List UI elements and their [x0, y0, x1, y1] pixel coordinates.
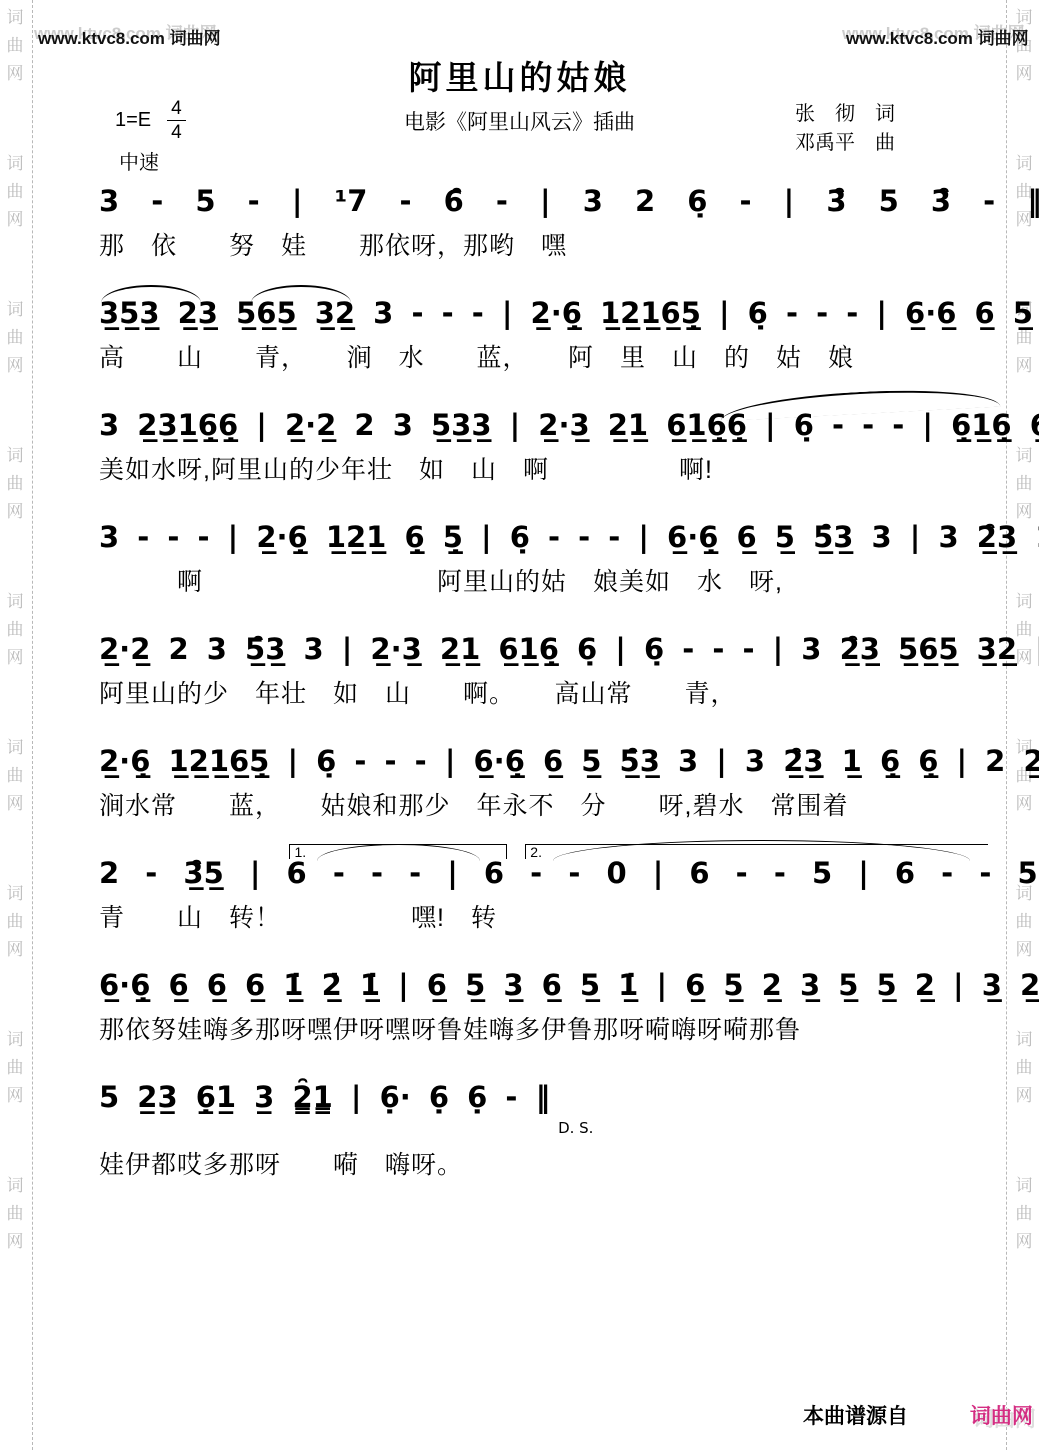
lyrics-line: 啊 阿里山的姑 娘美如 水 呀,: [99, 562, 1006, 598]
side-watermark-char: 曲: [2, 908, 28, 936]
side-watermark-char: 词: [2, 150, 28, 178]
score-line: 3̲5̲3̲ 2̲3̲ 5̲6̲5̲ 3̲2̲ 3 - - - | 2̲·6̣̲…: [99, 282, 1006, 385]
score: 3 - 5 - | ¹7 - 6̑ - | 3 2 6̣ - | 3̑ 5 3̑…: [33, 170, 1006, 1178]
notation-line: 2̲·6̣̲ 1̲2̲1̲6̲5̣̲ | 6̣ - - - | 6̲·6̣̲ 6…: [99, 730, 1006, 778]
side-watermark-char: 曲: [2, 470, 28, 498]
side-watermark-group: 词曲网: [1011, 880, 1037, 964]
score-line: 2 - 3̲̑5̲ | 6 - - - | 6 - - 0 | 6 - - 5 …: [99, 842, 1006, 945]
side-watermark-char: 网: [2, 206, 28, 234]
score-line: 3 2̲3̲1̲6̣̲6̣̲ | 2̲·2̲ 2 3 5̲3̲3̲ | 2̲·3…: [99, 394, 1006, 497]
side-watermark-char: 网: [2, 1082, 28, 1110]
time-signature-denominator: 4: [167, 121, 186, 143]
lyrics-line: 阿里山的少 年壮 如 山 啊。 高山常 青，: [99, 674, 1006, 710]
side-watermark-char: 网: [1011, 1228, 1037, 1256]
side-watermark-char: 网: [2, 352, 28, 380]
side-watermark-char: 曲: [1011, 1054, 1037, 1082]
side-watermark-char: 词: [2, 442, 28, 470]
notation-line: 2̲·2̲ 2 3 5̲̑3̲ 3 | 2̲·3̲ 2̲1̲ 6̲1̲6̣̲ 6…: [99, 618, 1006, 666]
side-watermark-group: 词曲网: [1011, 1172, 1037, 1256]
side-watermark-char: 词: [2, 1172, 28, 1200]
left-side-watermark: 词曲网词曲网词曲网词曲网词曲网词曲网词曲网词曲网词曲网: [2, 4, 28, 1318]
side-watermark-group: 词曲网: [2, 734, 28, 818]
side-watermark-char: 曲: [2, 616, 28, 644]
notation-line: 6̲·6̣̲ 6̲ 6̲ 6̲ 1̲̇ 2̲̇ 1̲̇ | 6̲ 5̲ 3̲ 6…: [99, 954, 1006, 1002]
side-watermark-char: 网: [2, 644, 28, 672]
side-watermark-char: 网: [1011, 790, 1037, 818]
time-signature-numerator: 4: [167, 98, 186, 121]
volta-2-bracket: 2.: [525, 844, 988, 859]
notation-line: 3 - - - | 2̲·6̣̲ 1̲2̲1̲ 6̣̲ 5̣̲ | 6̣ - -…: [99, 506, 1006, 554]
side-watermark-char: 曲: [2, 1054, 28, 1082]
side-watermark-group: 词曲网: [1011, 1026, 1037, 1110]
key-signature: 1=E: [115, 109, 151, 131]
side-watermark-char: 词: [1011, 442, 1037, 470]
lyrics-line: 娃伊都哎多那呀 嗬 嗨呀。: [99, 1145, 1006, 1181]
side-watermark-char: 网: [1011, 1082, 1037, 1110]
credits-block: 张 彻 词 邓禹平 曲: [795, 100, 895, 158]
sheet-page: { "page": { "watermark_top_left": "www.k…: [0, 0, 1039, 1450]
notation-line: 3̲5̲3̲ 2̲3̲ 5̲6̲5̲ 3̲2̲ 3 - - - | 2̲·6̣̲…: [99, 282, 1006, 330]
side-watermark-char: 词: [2, 588, 28, 616]
lyrics-line: 涧水常 蓝， 姑娘和那少 年永不 分 呀,碧水 常围着: [99, 786, 1006, 822]
footer-source-label: 本曲谱源自: [803, 1405, 908, 1428]
side-watermark-group: 词曲网: [2, 442, 28, 526]
side-watermark-char: 网: [2, 936, 28, 964]
side-watermark-char: 曲: [2, 178, 28, 206]
side-watermark-char: 网: [1011, 936, 1037, 964]
side-watermark-char: 曲: [2, 762, 28, 790]
side-watermark-group: 词曲网: [2, 4, 28, 88]
score-line: 6̲·6̣̲ 6̲ 6̲ 6̲ 1̲̇ 2̲̇ 1̲̇ | 6̲ 5̲ 3̲ 6…: [99, 954, 1006, 1057]
side-watermark-char: 词: [1011, 1026, 1037, 1054]
footer: 本曲谱源自 词曲网: [803, 1400, 1033, 1430]
notation-line: 5 2̲3̲ 6̣̲1̲ 3̲ 2̳̑1̳ | 6̣· 6̣ 6̣ - ‖D. …: [99, 1066, 1006, 1137]
side-watermark-char: 曲: [1011, 470, 1037, 498]
volta-1-bracket: 1.: [289, 844, 507, 859]
score-line: 2̲·2̲ 2 3 5̲̑3̲ 3 | 2̲·3̲ 2̲1̲ 6̲1̲6̣̲ 6…: [99, 618, 1006, 721]
lyrics-line: 美如水呀,阿里山的少年壮 如 山 啊 啊!: [99, 450, 1006, 486]
side-watermark-char: 曲: [1011, 908, 1037, 936]
lyrics-line: 青 山 转！ 嘿! 转: [99, 898, 1006, 934]
side-watermark-char: 词: [1011, 1172, 1037, 1200]
side-watermark-group: 词曲网: [2, 1026, 28, 1110]
time-signature: 44: [167, 98, 186, 143]
side-watermark-char: 曲: [2, 1200, 28, 1228]
side-watermark-char: 词: [2, 4, 28, 32]
side-watermark-char: 曲: [2, 324, 28, 352]
side-watermark-char: 词: [1011, 150, 1037, 178]
side-watermark-char: 曲: [2, 32, 28, 60]
side-watermark-char: 词: [2, 880, 28, 908]
side-watermark-char: 词: [2, 296, 28, 324]
score-line: 3 - 5 - | ¹7 - 6̑ - | 3 2 6̣ - | 3̑ 5 3̑…: [99, 170, 1006, 273]
notation-line: 3 - 5 - | ¹7 - 6̑ - | 3 2 6̣ - | 3̑ 5 3̑…: [99, 170, 1006, 218]
side-watermark-group: 词曲网: [2, 150, 28, 234]
side-watermark-group: 词曲网: [1011, 442, 1037, 526]
lyrics-line: 那依努娃嗨多那呀嘿伊呀嘿呀鲁娃嗨多伊鲁那呀嗬嗨呀嗬那鲁: [99, 1010, 1006, 1046]
dal-segno-mark: D. S.: [558, 1119, 593, 1137]
composer-credit: 邓禹平 曲: [795, 129, 895, 158]
lyricist-credit: 张 彻 词: [795, 100, 895, 129]
side-watermark-char: 网: [2, 790, 28, 818]
side-watermark-char: 词: [1011, 588, 1037, 616]
side-watermark-char: 曲: [1011, 1200, 1037, 1228]
notation-line: 3 2̲3̲1̲6̣̲6̣̲ | 2̲·2̲ 2 3 5̲3̲3̲ | 2̲·3…: [99, 394, 1006, 442]
score-line: 3 - - - | 2̲·6̣̲ 1̲2̲1̲ 6̣̲ 5̣̲ | 6̣ - -…: [99, 506, 1006, 609]
side-watermark-char: 网: [1011, 352, 1037, 380]
side-watermark-char: 词: [2, 1026, 28, 1054]
side-watermark-char: 网: [2, 1228, 28, 1256]
score-line: 2̲·6̣̲ 1̲2̲1̲6̲5̣̲ | 6̣ - - - | 6̲·6̣̲ 6…: [99, 730, 1006, 833]
side-watermark-char: 网: [1011, 60, 1037, 88]
side-watermark-char: 网: [2, 498, 28, 526]
top-left-watermark: www.ktvc8.com 词曲网: [38, 24, 221, 49]
side-watermark-char: 网: [2, 60, 28, 88]
song-title: 阿里山的姑娘: [33, 52, 1006, 99]
side-watermark-group: 词曲网: [2, 296, 28, 380]
key-signature-block: 1=E44 中速: [115, 98, 186, 175]
score-line: 5 2̲3̲ 6̣̲1̲ 3̲ 2̳̑1̳ | 6̣· 6̣ 6̣ - ‖D. …: [99, 1066, 1006, 1169]
footer-site-name: 词曲网: [970, 1405, 1033, 1428]
top-right-watermark: www.ktvc8.com 词曲网: [846, 24, 1029, 49]
lyrics-line: 高 山 青， 涧 水 蓝， 阿 里 山 的 姑 娘: [99, 338, 1006, 374]
side-watermark-char: 词: [2, 734, 28, 762]
side-watermark-group: 词曲网: [2, 588, 28, 672]
side-watermark-group: 词曲网: [2, 1172, 28, 1256]
side-watermark-group: 词曲网: [2, 880, 28, 964]
lyrics-line: 那 依 努 娃 那依呀，那哟 嘿: [99, 226, 1006, 262]
